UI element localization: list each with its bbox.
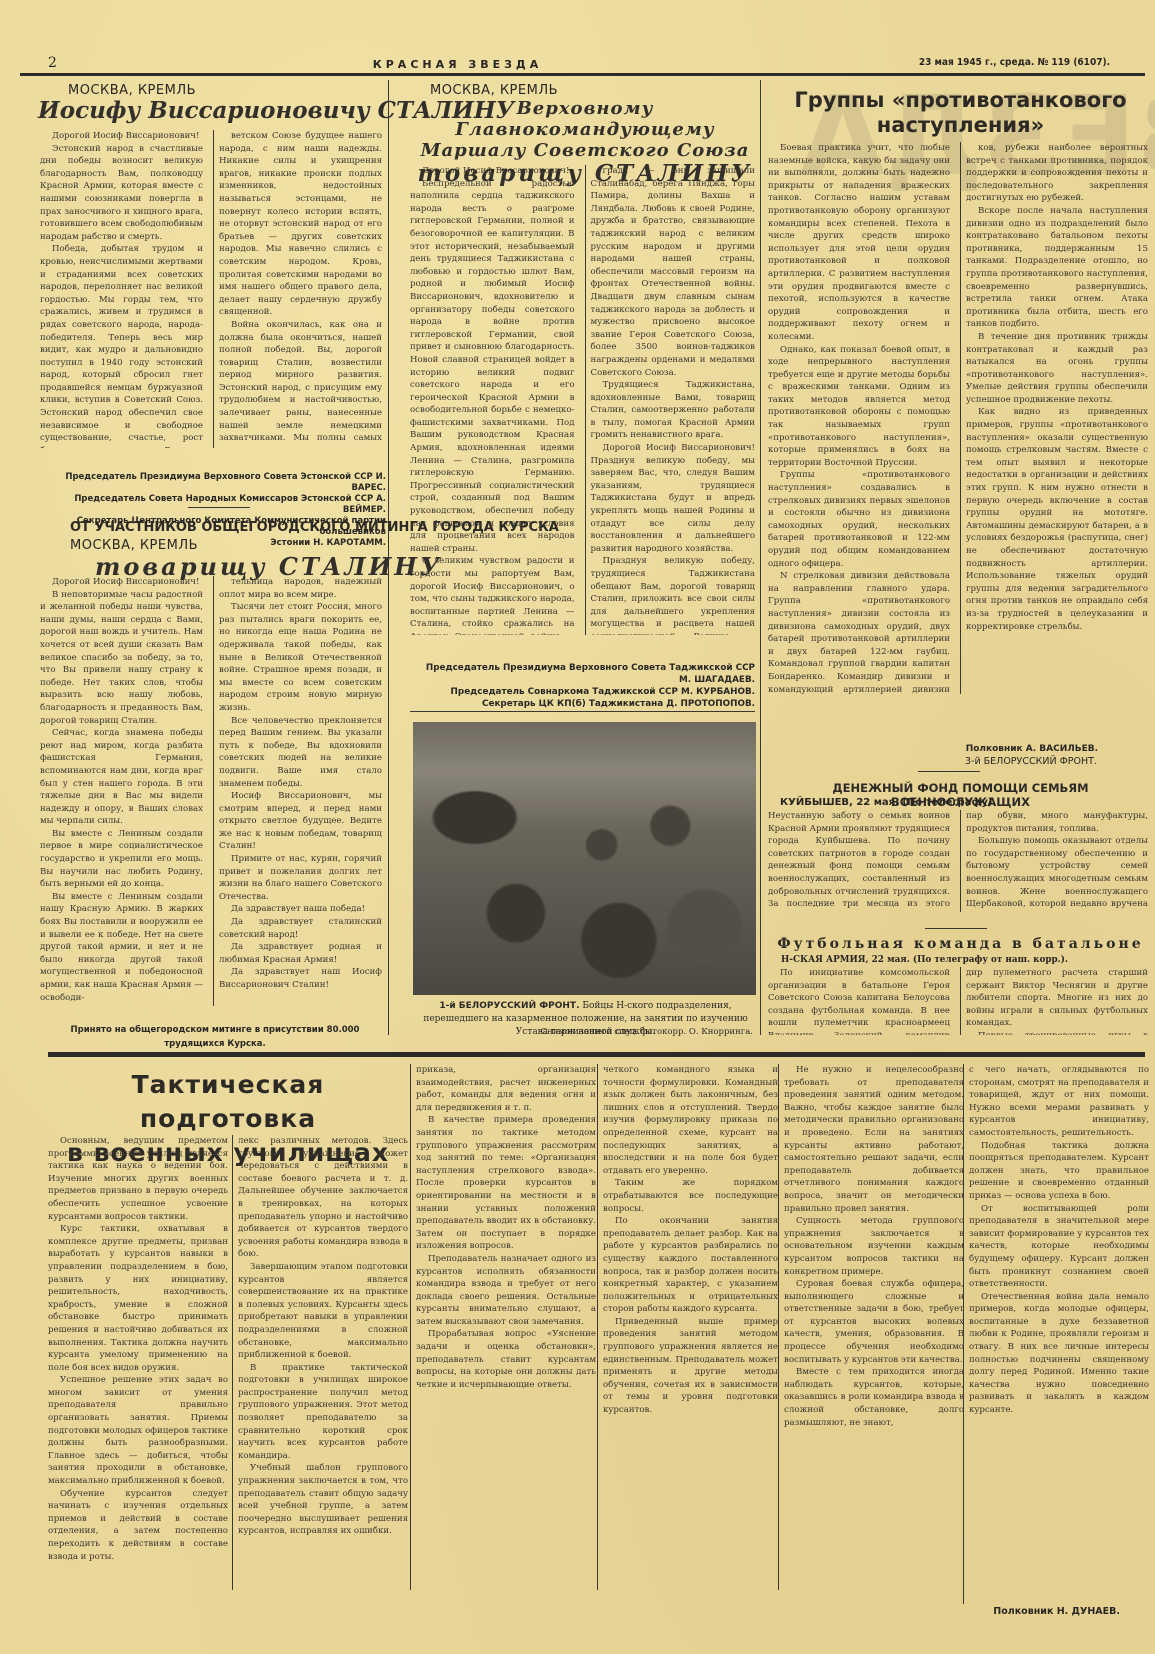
issue-date: 23 мая 1945 г., среда. № 119 (6107). [919, 57, 1110, 68]
dateline: МОСКВА, КРЕМЛЬ [430, 83, 755, 98]
tactics-col-3: приказа, организация взаимодействия, рас… [410, 1064, 596, 1590]
paper-name: КРАСНАЯ ЗВЕЗДА [0, 58, 1035, 71]
antitank-title: Группы «противотанкового наступления» [768, 88, 1153, 138]
photo-credit: Снимок нашего спец. фотокорр. О. Кноррин… [413, 1026, 753, 1039]
section-rule [188, 507, 250, 508]
tajik-body: Дорогой Иосиф Виссарионович!Беспредельно… [410, 165, 755, 635]
tactics-col-1: Основным, ведущим предметом программы во… [48, 1135, 228, 1590]
text-column: ветском Союзе будущее нашего народа, с н… [213, 130, 382, 448]
text-column: с чего начать, оглядываются по сторонам,… [969, 1064, 1149, 1604]
text-column: града — они защищали Сталинабад, берега … [585, 165, 756, 635]
kursk-footer: Принято на общегородском митинге в прису… [40, 1023, 390, 1051]
tajik-signatures: Председатель Президиума Верховного Совет… [410, 662, 755, 710]
fund-body: Неустанную заботу о семьях воинов Красно… [768, 810, 1148, 912]
text-column: Дорогой Иосиф Виссарионович!В неповторим… [40, 576, 203, 1006]
tactics-col-5: Не нужно и нецелесообразно требовать от … [778, 1064, 964, 1590]
addressee-line: Маршалу Советского Союза [415, 140, 755, 161]
text-column: ков, рубежи наиболее вероятных встреч с … [960, 142, 1148, 694]
section-rule [925, 928, 987, 929]
fund-lead: КУЙБЫШЕВ, 22 мая. (По телеграфу). [780, 797, 996, 808]
estonia-letter: МОСКВА, КРЕМЛЬ Иосифу Виссарионовичу СТА… [38, 83, 383, 124]
section-rule [410, 711, 755, 712]
text-column: пар обуви, много мануфактуры, продуктов … [960, 810, 1148, 912]
text-column: приказа, организация взаимодействия, рас… [416, 1064, 596, 1590]
kursk-body: Дорогой Иосиф Виссарионович!В неповторим… [40, 576, 382, 1006]
text-column: дир пулеметного расчета старший сержант … [960, 967, 1148, 1035]
football-body: По инициативе комсомольской организации … [768, 967, 1148, 1035]
section-divider [48, 1052, 1145, 1057]
soldiers-training-photo-icon [413, 722, 756, 995]
text-column: лекс различных методов. Здесь групповое … [238, 1135, 408, 1590]
addressee-line: Верховному Главнокомандующему [415, 98, 755, 140]
dateline: МОСКВА, КРЕМЛЬ [68, 83, 383, 98]
text-column: Дорогой Иосиф Виссарионович!Беспредельно… [410, 165, 575, 635]
section-rule [918, 771, 980, 772]
text-column: четкого командного языка и точности форм… [603, 1064, 778, 1590]
tactics-col-2: лекс различных методов. Здесь групповое … [232, 1135, 408, 1590]
text-column: Основным, ведущим предметом программы во… [48, 1135, 228, 1590]
tactics-author: Полковник Н. ДУНАЕВ. [980, 1605, 1120, 1619]
antitank-body: Боевая практика учит, что любые наземные… [768, 142, 1148, 694]
antitank-front: 3-й БЕЛОРУССКИЙ ФРОНТ. [965, 755, 1097, 769]
addressee: Иосифу Виссарионовичу СТАЛИНУ [38, 97, 383, 124]
football-lead: Н-СКАЯ АРМИЯ, 22 мая. (По телеграфу от н… [781, 955, 1068, 965]
estonia-body: Дорогой Иосиф Виссарионович!Эстонский на… [40, 130, 382, 448]
text-column: Не нужно и нецелесообразно требовать от … [784, 1064, 964, 1590]
football-title: Футбольная команда в батальоне [768, 936, 1153, 952]
tactics-col-6: с чего начать, оглядываются по сторонам,… [963, 1064, 1149, 1604]
text-column: Неустанную заботу о семьях воинов Красно… [768, 810, 950, 912]
antitank-author: Полковник А. ВАСИЛЬЕВ. [960, 742, 1098, 756]
text-column: Боевая практика учит, что любые наземные… [768, 142, 950, 694]
tactics-col-4: четкого командного языка и точности форм… [597, 1064, 778, 1590]
dateline: МОСКВА, КРЕМЛЬ [70, 538, 198, 553]
text-column: По инициативе комсомольской организации … [768, 967, 950, 1035]
text-column: Дорогой Иосиф Виссарионович!Эстонский на… [40, 130, 203, 448]
text-column: тельница народов, надежный оплот мира во… [213, 576, 382, 1006]
column-divider [760, 80, 761, 1035]
